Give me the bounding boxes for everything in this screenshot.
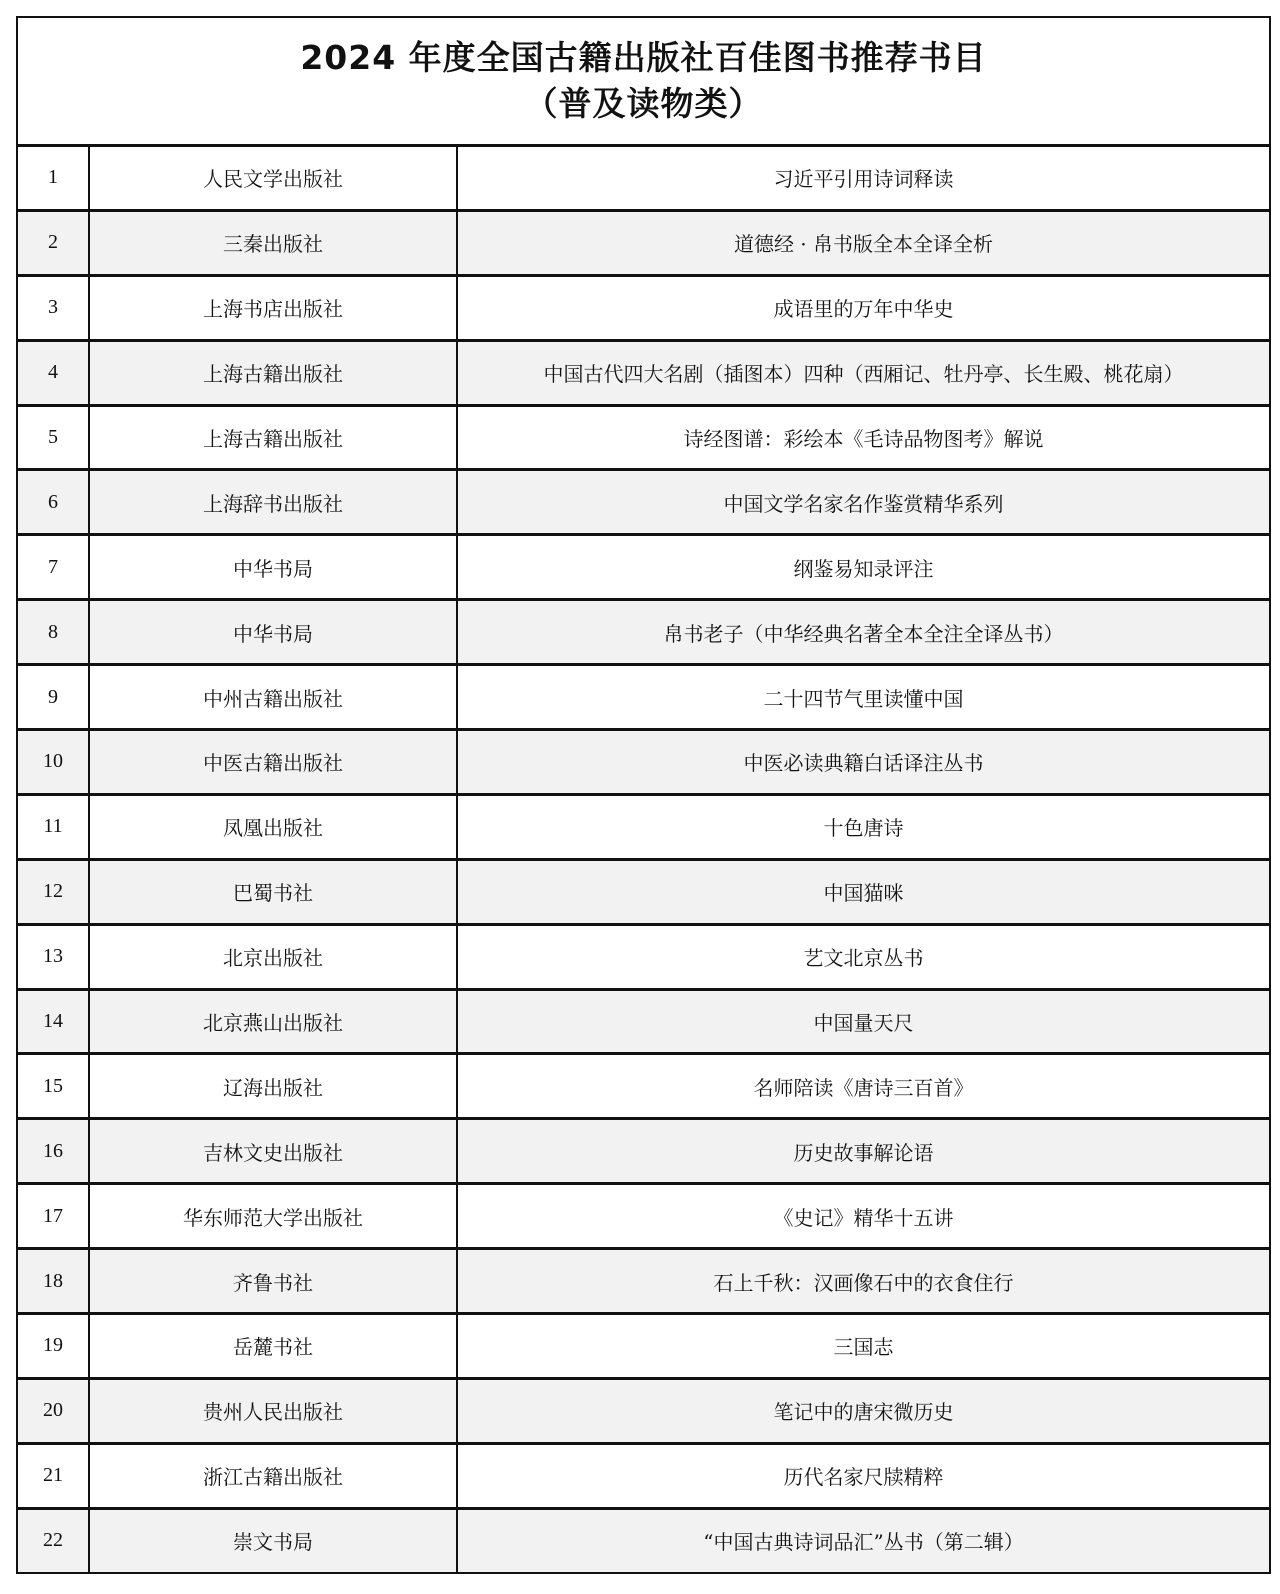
publisher-cell: 中医古籍出版社 [89, 730, 457, 795]
book-title-cell: 笔记中的唐宋微历史 [457, 1378, 1269, 1443]
book-title-cell: 纲鉴易知录评注 [457, 535, 1269, 600]
publisher-cell: 凤凰出版社 [89, 794, 457, 859]
publisher-cell: 中华书局 [89, 600, 457, 665]
row-number: 5 [18, 405, 89, 470]
table-row: 4上海古籍出版社中国古代四大名剧（插图本）四种（西厢记、牡丹亭、长生殿、桃花扇） [18, 340, 1269, 405]
table-row: 14北京燕山出版社中国量天尺 [18, 989, 1269, 1054]
publisher-cell: 上海古籍出版社 [89, 340, 457, 405]
row-number: 9 [18, 665, 89, 730]
table-row: 19岳麓书社三国志 [18, 1314, 1269, 1379]
book-title-cell: 中国文学名家名作鉴赏精华系列 [457, 470, 1269, 535]
book-title-cell: 石上千秋：汉画像石中的衣食住行 [457, 1249, 1269, 1314]
row-number: 10 [18, 730, 89, 795]
publisher-cell: 北京燕山出版社 [89, 989, 457, 1054]
row-number: 3 [18, 275, 89, 340]
row-number: 18 [18, 1249, 89, 1314]
book-title-cell: 名师陪读《唐诗三百首》 [457, 1054, 1269, 1119]
row-number: 17 [18, 1184, 89, 1249]
publisher-cell: 齐鲁书社 [89, 1249, 457, 1314]
publisher-cell: 中华书局 [89, 535, 457, 600]
publisher-cell: 浙江古籍出版社 [89, 1443, 457, 1508]
row-number: 16 [18, 1119, 89, 1184]
publisher-cell: 人民文学出版社 [89, 147, 457, 210]
row-number: 12 [18, 859, 89, 924]
book-list-body: 1人民文学出版社习近平引用诗词释读2三秦出版社道德经 · 帛书版全本全译全析3上… [18, 147, 1269, 1572]
row-number: 4 [18, 340, 89, 405]
publisher-cell: 华东师范大学出版社 [89, 1184, 457, 1249]
publisher-cell: 吉林文史出版社 [89, 1119, 457, 1184]
table-row: 1人民文学出版社习近平引用诗词释读 [18, 147, 1269, 210]
table-row: 18齐鲁书社石上千秋：汉画像石中的衣食住行 [18, 1249, 1269, 1314]
table-row: 15辽海出版社名师陪读《唐诗三百首》 [18, 1054, 1269, 1119]
publisher-cell: 上海古籍出版社 [89, 405, 457, 470]
row-number: 7 [18, 535, 89, 600]
row-number: 6 [18, 470, 89, 535]
table-row: 21浙江古籍出版社历代名家尺牍精粹 [18, 1443, 1269, 1508]
publisher-cell: 北京出版社 [89, 924, 457, 989]
book-title-cell: 二十四节气里读懂中国 [457, 665, 1269, 730]
table-row: 3上海书店出版社成语里的万年中华史 [18, 275, 1269, 340]
publisher-cell: 贵州人民出版社 [89, 1378, 457, 1443]
book-title-cell: 中国古代四大名剧（插图本）四种（西厢记、牡丹亭、长生殿、桃花扇） [457, 340, 1269, 405]
table-row: 6上海辞书出版社中国文学名家名作鉴赏精华系列 [18, 470, 1269, 535]
publisher-cell: 中州古籍出版社 [89, 665, 457, 730]
book-title-cell: 十色唐诗 [457, 794, 1269, 859]
row-number: 1 [18, 147, 89, 210]
row-number: 11 [18, 794, 89, 859]
title-block: 2024 年度全国古籍出版社百佳图书推荐书目 （普及读物类） [18, 18, 1269, 147]
table-row: 11凤凰出版社十色唐诗 [18, 794, 1269, 859]
row-number: 15 [18, 1054, 89, 1119]
book-title-cell: “中国古典诗词品汇”丛书（第二辑） [457, 1508, 1269, 1571]
recommendation-list-document: 2024 年度全国古籍出版社百佳图书推荐书目 （普及读物类） 1人民文学出版社习… [16, 16, 1271, 1574]
row-number: 8 [18, 600, 89, 665]
publisher-cell: 岳麓书社 [89, 1314, 457, 1379]
publisher-cell: 上海书店出版社 [89, 275, 457, 340]
table-row: 17华东师范大学出版社《史记》精华十五讲 [18, 1184, 1269, 1249]
book-title-cell: 中医必读典籍白话译注丛书 [457, 730, 1269, 795]
publisher-cell: 崇文书局 [89, 1508, 457, 1571]
publisher-cell: 巴蜀书社 [89, 859, 457, 924]
table-row: 7中华书局纲鉴易知录评注 [18, 535, 1269, 600]
book-title-cell: 中国猫咪 [457, 859, 1269, 924]
book-title-cell: 中国量天尺 [457, 989, 1269, 1054]
row-number: 20 [18, 1378, 89, 1443]
row-number: 22 [18, 1508, 89, 1571]
table-row: 10中医古籍出版社中医必读典籍白话译注丛书 [18, 730, 1269, 795]
book-title-cell: 诗经图谱：彩绘本《毛诗品物图考》解说 [457, 405, 1269, 470]
book-title-cell: 帛书老子（中华经典名著全本全注全译丛书） [457, 600, 1269, 665]
publisher-cell: 辽海出版社 [89, 1054, 457, 1119]
document-title: 2024 年度全国古籍出版社百佳图书推荐书目 [300, 35, 986, 81]
book-list-table: 1人民文学出版社习近平引用诗词释读2三秦出版社道德经 · 帛书版全本全译全析3上… [18, 147, 1269, 1572]
row-number: 14 [18, 989, 89, 1054]
row-number: 2 [18, 210, 89, 275]
book-title-cell: 习近平引用诗词释读 [457, 147, 1269, 210]
table-row: 5上海古籍出版社诗经图谱：彩绘本《毛诗品物图考》解说 [18, 405, 1269, 470]
table-row: 8中华书局帛书老子（中华经典名著全本全注全译丛书） [18, 600, 1269, 665]
document-subtitle: （普及读物类） [525, 81, 763, 127]
publisher-cell: 三秦出版社 [89, 210, 457, 275]
book-title-cell: 历史故事解论语 [457, 1119, 1269, 1184]
table-row: 22崇文书局“中国古典诗词品汇”丛书（第二辑） [18, 1508, 1269, 1571]
row-number: 21 [18, 1443, 89, 1508]
table-row: 12巴蜀书社中国猫咪 [18, 859, 1269, 924]
table-row: 9中州古籍出版社二十四节气里读懂中国 [18, 665, 1269, 730]
row-number: 19 [18, 1314, 89, 1379]
book-title-cell: 成语里的万年中华史 [457, 275, 1269, 340]
book-title-cell: 《史记》精华十五讲 [457, 1184, 1269, 1249]
table-row: 16吉林文史出版社历史故事解论语 [18, 1119, 1269, 1184]
book-title-cell: 三国志 [457, 1314, 1269, 1379]
book-title-cell: 道德经 · 帛书版全本全译全析 [457, 210, 1269, 275]
publisher-cell: 上海辞书出版社 [89, 470, 457, 535]
table-row: 13北京出版社艺文北京丛书 [18, 924, 1269, 989]
table-row: 20贵州人民出版社笔记中的唐宋微历史 [18, 1378, 1269, 1443]
book-title-cell: 历代名家尺牍精粹 [457, 1443, 1269, 1508]
row-number: 13 [18, 924, 89, 989]
book-title-cell: 艺文北京丛书 [457, 924, 1269, 989]
table-row: 2三秦出版社道德经 · 帛书版全本全译全析 [18, 210, 1269, 275]
